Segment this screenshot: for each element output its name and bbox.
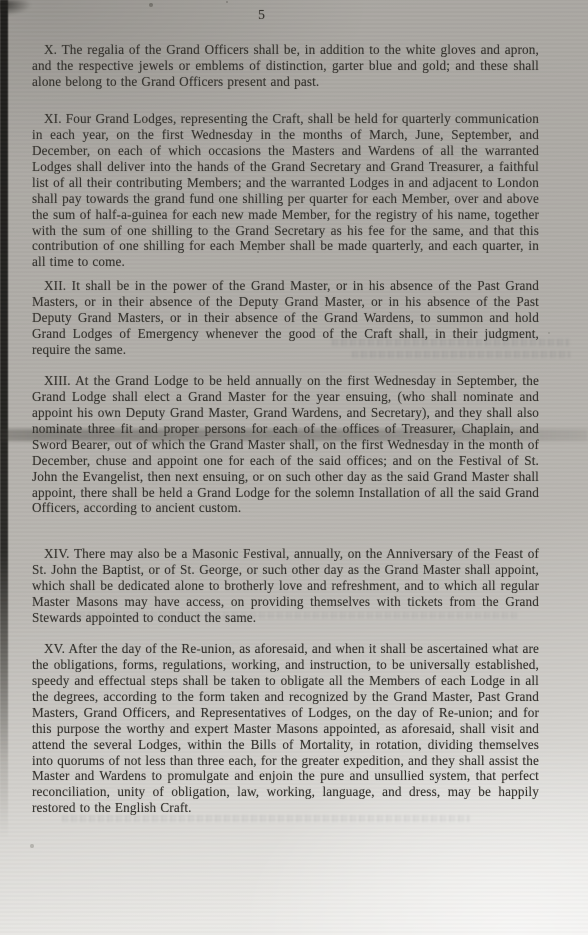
page-number: 5 — [238, 7, 286, 23]
showthrough-text-artifact — [332, 339, 570, 346]
ink-smear-band-artifact — [0, 429, 588, 441]
showthrough-text-artifact — [352, 351, 570, 358]
paragraph-article-xv: XV. After the day of the Re-union, as af… — [32, 641, 539, 816]
paragraph-article-xi: XI. Four Grand Lodges, representing the … — [32, 111, 539, 270]
showthrough-text-artifact — [62, 815, 470, 822]
corner-smudge-artifact — [0, 0, 32, 16]
scanned-document-page: 5 X. The regalia of the Grand Officers s… — [0, 0, 588, 935]
paragraph-article-x: X. The regalia of the Grand Officers sha… — [32, 42, 539, 90]
showthrough-text-artifact — [70, 612, 520, 619]
scan-edge-shadow — [0, 0, 8, 838]
paper-specks-artifact — [0, 0, 2, 2]
paragraph-article-xiii: XIII. At the Grand Lodge to be held annu… — [32, 373, 539, 516]
